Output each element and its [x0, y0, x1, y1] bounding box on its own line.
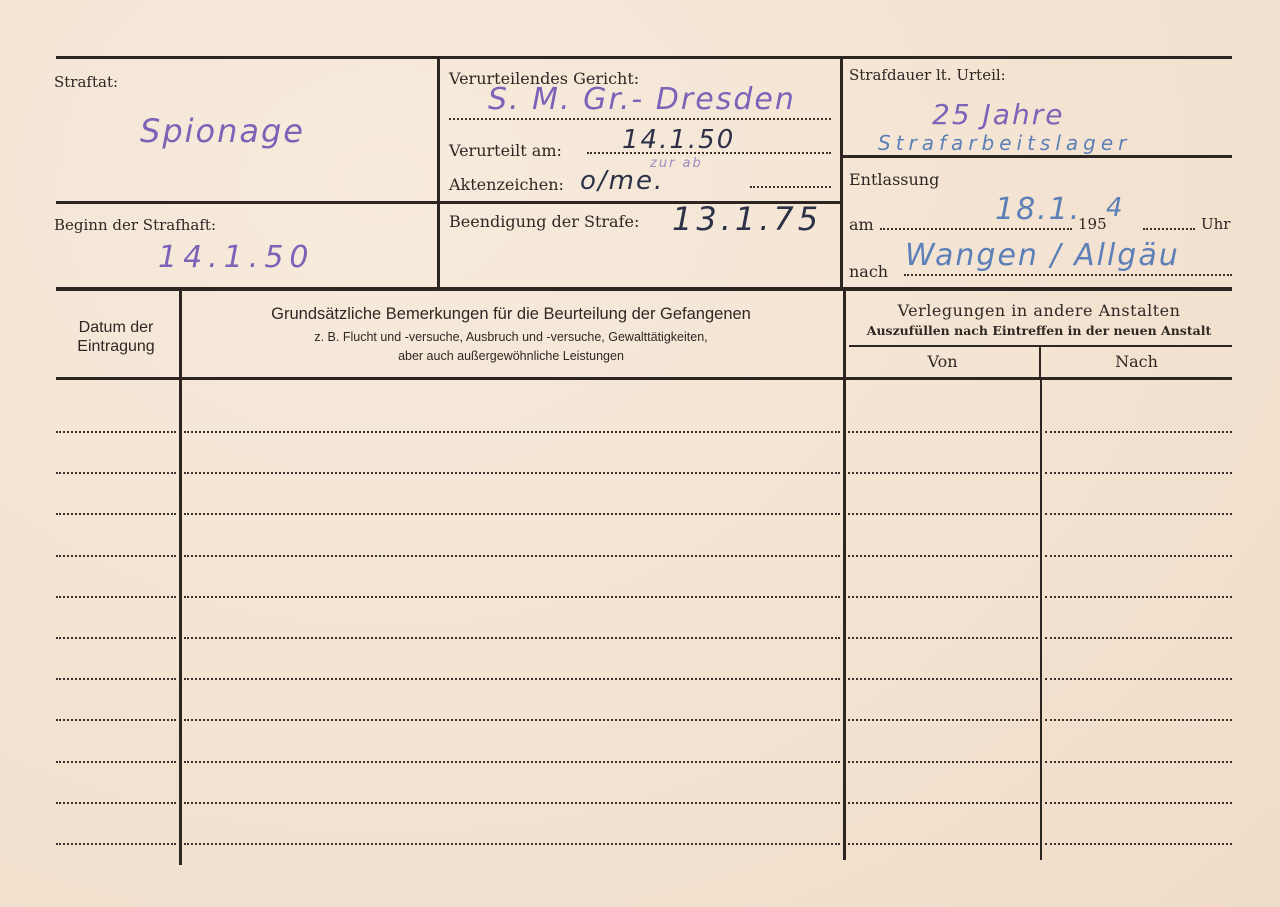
- body-divider-1: [179, 380, 182, 865]
- col-bemerkungen-sub1: z. B. Flucht und -versuche, Ausbruch und…: [182, 330, 840, 344]
- beginn-label: Beginn der Strafhaft:: [54, 216, 216, 234]
- aktenzeichen-label: Aktenzeichen:: [449, 175, 564, 194]
- entlassung-year-suffix[interactable]: 4: [1106, 193, 1125, 223]
- aktenzeichen-value[interactable]: o/me.: [580, 166, 664, 196]
- table-cell-line: [184, 513, 840, 515]
- divider-col2: [840, 58, 843, 288]
- body-divider-3: [1040, 380, 1042, 860]
- verurteilt-am-line: [587, 152, 831, 154]
- table-cell-line: [848, 472, 1038, 474]
- table-cell-line: [184, 596, 840, 598]
- table-cell-line: [56, 843, 176, 845]
- col-verlegungen-title: Verlegungen in andere Anstalten: [846, 301, 1232, 320]
- divider-row1-right: [843, 155, 1232, 158]
- strafdauer-value[interactable]: 25 Jahre: [932, 98, 1064, 131]
- table-cell-line: [184, 761, 840, 763]
- entlassung-year-prefix: 195: [1078, 215, 1107, 233]
- col-datum-header-line1: Datum der: [56, 318, 176, 337]
- entlassung-time-line: [1143, 228, 1195, 230]
- table-cell-line: [1045, 472, 1232, 474]
- table-cell-line: [56, 513, 176, 515]
- table-cell-line: [848, 596, 1038, 598]
- table-cell-line: [184, 678, 840, 680]
- header-top-border: [56, 287, 1232, 291]
- table-cell-line: [1045, 513, 1232, 515]
- table-cell-line: [848, 637, 1038, 639]
- table-cell-line: [56, 678, 176, 680]
- entlassung-uhr-label: Uhr: [1201, 215, 1230, 233]
- entlassung-am-label: am: [849, 215, 874, 234]
- entlassung-date-line: [880, 228, 1072, 230]
- straftat-label: Straftat:: [54, 73, 118, 91]
- table-cell-line: [184, 637, 840, 639]
- entlassung-nach-label: nach: [849, 262, 888, 281]
- col-bemerkungen-title: Grundsätzliche Bemerkungen für die Beurt…: [182, 305, 840, 324]
- table-cell-line: [1045, 719, 1232, 721]
- table-cell-line: [1045, 802, 1232, 804]
- col-nach-header: Nach: [1041, 352, 1232, 371]
- body-divider-2: [843, 380, 846, 860]
- strafdauer-label: Strafdauer lt. Urteil:: [849, 66, 1006, 84]
- table-cell-line: [848, 802, 1038, 804]
- table-cell-line: [56, 596, 176, 598]
- beendigung-value[interactable]: 13.1.75: [672, 200, 822, 238]
- verurteilt-am-label: Verurteilt am:: [449, 141, 562, 160]
- table-cell-line: [184, 431, 840, 433]
- table-cell-line: [184, 472, 840, 474]
- entlassung-nach-value[interactable]: Wangen / Allgäu: [905, 238, 1180, 273]
- col-verlegungen-sub: Auszufüllen nach Eintreffen in der neuen…: [846, 323, 1232, 338]
- table-cell-line: [1045, 761, 1232, 763]
- table-cell-line: [184, 719, 840, 721]
- table-cell-line: [56, 431, 176, 433]
- col-datum-header-line2: Eintragung: [56, 337, 176, 356]
- straftat-value[interactable]: Spionage: [140, 112, 305, 150]
- col-datum-header: Datum der Eintragung: [56, 318, 176, 356]
- table-cell-line: [1045, 637, 1232, 639]
- table-cell-line: [848, 678, 1038, 680]
- table-cell-line: [1045, 555, 1232, 557]
- table-cell-line: [1045, 431, 1232, 433]
- entlassung-nach-line: [904, 274, 1232, 276]
- divider-col1: [437, 58, 440, 288]
- table-cell-line: [184, 555, 840, 557]
- gericht-line: [449, 118, 831, 120]
- table-cell-line: [1045, 596, 1232, 598]
- gericht-value[interactable]: S. M. Gr.- Dresden: [488, 82, 796, 117]
- verurteilt-am-value[interactable]: 14.1.50: [622, 125, 735, 155]
- table-cell-line: [1045, 843, 1232, 845]
- table-cell-line: [56, 761, 176, 763]
- beginn-value[interactable]: 14.1.50: [158, 240, 315, 275]
- table-cell-line: [848, 513, 1038, 515]
- entlassung-date-value[interactable]: 18.1.: [995, 192, 1081, 227]
- table-cell-line: [184, 802, 840, 804]
- table-cell-line: [56, 802, 176, 804]
- table-cell-line: [848, 555, 1038, 557]
- table-header-bottom-border: [56, 377, 1232, 380]
- table-cell-line: [184, 843, 840, 845]
- col-bemerkungen-sub2: aber auch außergewöhnliche Leistungen: [182, 349, 840, 363]
- col-von-header: Von: [846, 352, 1039, 371]
- strafdauer-value2[interactable]: Strafarbeitslager: [878, 131, 1131, 155]
- table-cell-line: [848, 761, 1038, 763]
- table-cell-line: [56, 555, 176, 557]
- table-cell-line: [848, 719, 1038, 721]
- table-cell-line: [56, 719, 176, 721]
- table-cell-line: [848, 431, 1038, 433]
- table-cell-line: [1045, 678, 1232, 680]
- beendigung-label: Beendigung der Strafe:: [449, 212, 639, 231]
- top-border: [56, 56, 1232, 59]
- table-cell-line: [848, 843, 1038, 845]
- entlassung-label: Entlassung: [849, 170, 939, 189]
- aktenzeichen-line: [750, 186, 831, 188]
- table-cell-line: [56, 637, 176, 639]
- table-cell-line: [56, 472, 176, 474]
